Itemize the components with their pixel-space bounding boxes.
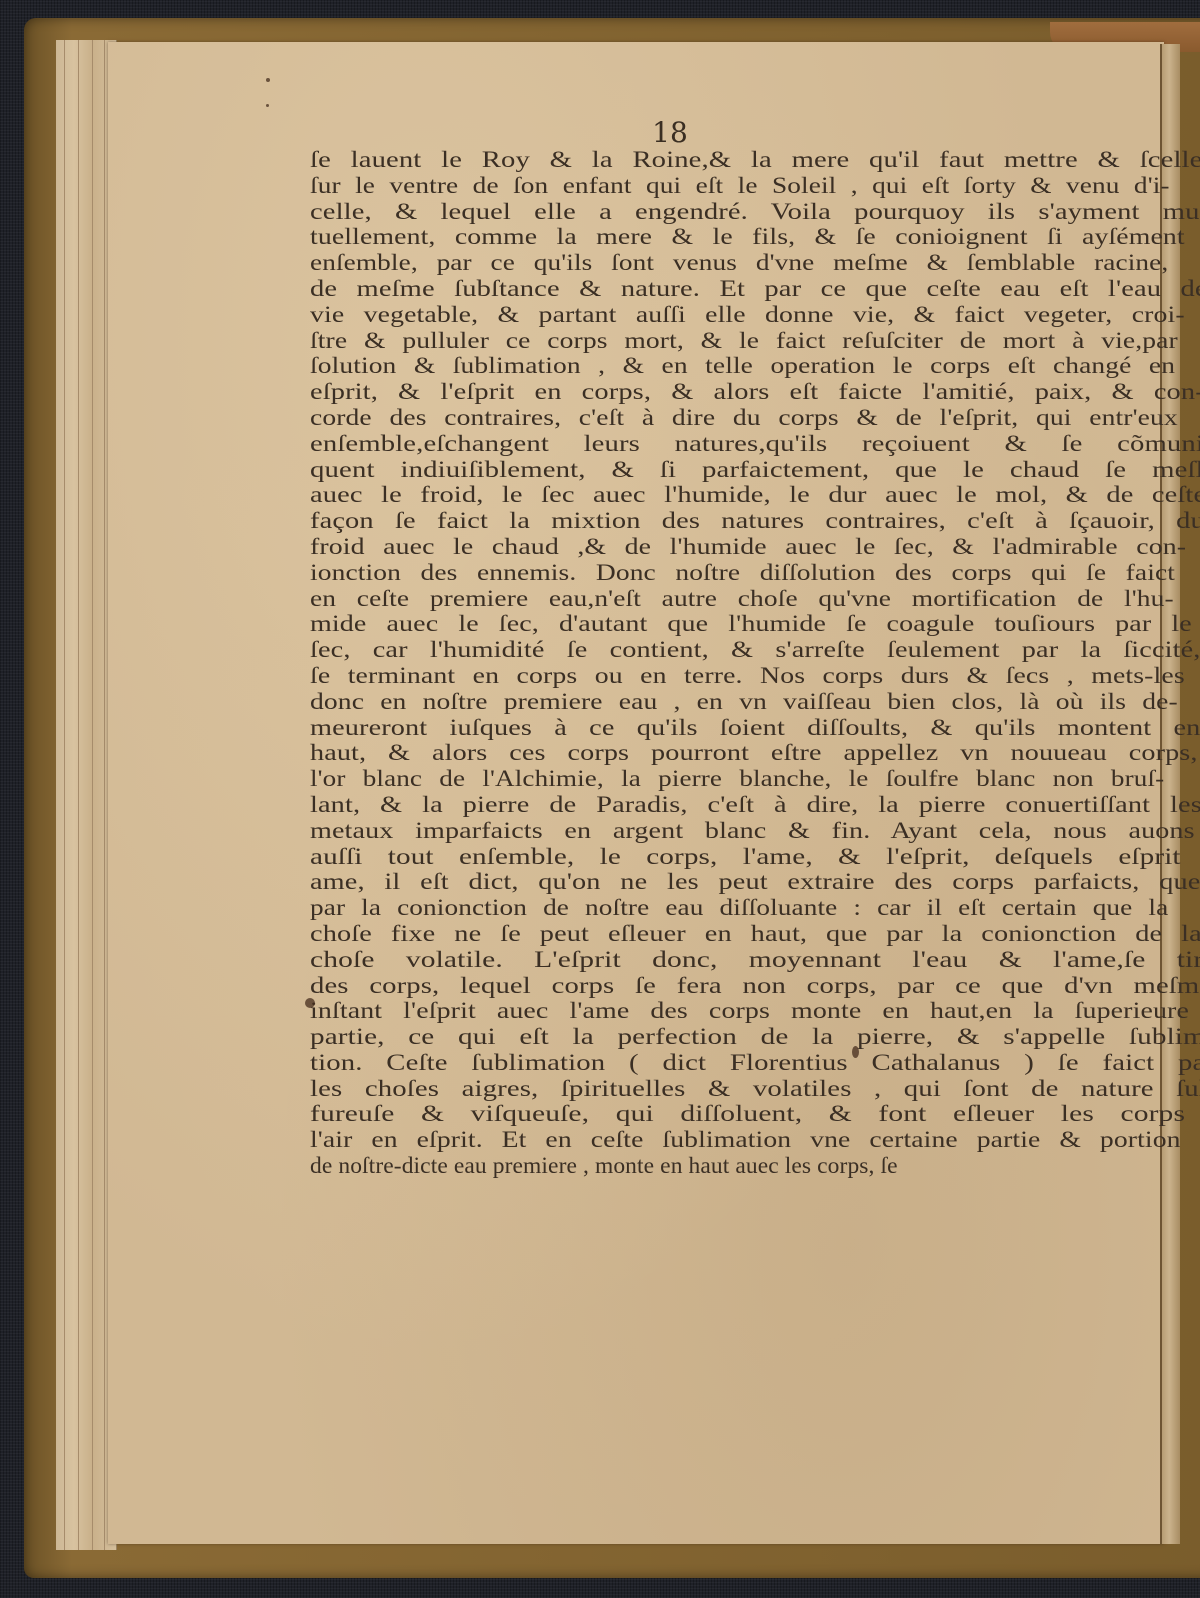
text-line: de noſtre-dicte eau premiere , monte en …: [310, 1154, 1050, 1180]
body-text: ſe lauent le Roy & la Roine,& la mere qu…: [310, 148, 1050, 1180]
text-line: ſe lauent le Roy & la Roine,& la mere qu…: [310, 148, 1200, 174]
text-line: froid auec le chaud ,& de l'humide auec …: [310, 535, 1186, 561]
text-line: ame, il eſt dict, qu'on ne les peut extr…: [310, 870, 1200, 896]
text-line: corde des contraires, c'eſt à dire du co…: [310, 406, 1178, 432]
text-line: tuellement, comme la mere & le fils, & ſ…: [310, 225, 1185, 251]
text-line: auec le froid, le ſec auec l'humide, le …: [310, 483, 1200, 509]
text-line: par la conionction de noſtre eau diſſolu…: [310, 896, 1168, 922]
text-line: en ceſte premiere eau,n'eſt autre choſe …: [310, 587, 1174, 613]
text-line: de meſme ſubſtance & nature. Et par ce q…: [310, 277, 1200, 303]
text-line: mide auec le ſec, d'autant que l'humide …: [310, 612, 1192, 638]
text-line: l'or blanc de l'Alchimie, la pierre blan…: [310, 767, 1164, 793]
text-line: lant, & la pierre de Paradis, c'eſt à di…: [310, 793, 1200, 819]
text-line: enſemble,eſchangent leurs natures,qu'ils…: [310, 432, 1200, 458]
text-line: ionction des ennemis. Donc noſtre diſſol…: [310, 561, 1175, 587]
page-edge-line: [64, 40, 65, 1550]
ink-stain: [305, 998, 315, 1008]
text-line: vie vegetable, & partant auſſi elle donn…: [310, 303, 1185, 329]
text-line: façon ſe faict la mixtion des natures co…: [310, 509, 1200, 535]
text-line: celle, & lequel elle a engendré. Voila p…: [310, 200, 1200, 226]
text-line: des corps, lequel corps ſe fera non corp…: [310, 974, 1200, 1000]
text-line: l'air en eſprit. Et en ceſte ſublimation…: [310, 1128, 1181, 1154]
text-line: fureuſe & viſqueuſe, qui diſſoluent, & f…: [310, 1102, 1200, 1128]
text-line: eſprit, & l'eſprit en corps, & alors eſt…: [310, 380, 1200, 406]
text-line: haut, & alors ces corps pourront eſtre a…: [310, 741, 1198, 767]
text-line: enſemble, par ce qu'ils ſont venus d'vne…: [310, 251, 1168, 277]
text-line: choſe volatile. L'eſprit donc, moyennant…: [310, 948, 1200, 974]
text-line: tion. Ceſte ſublimation ( dict Florentiu…: [310, 1051, 1200, 1077]
text-line: choſe fixe ne ſe peut eſleuer en haut, q…: [310, 922, 1200, 948]
text-line: metaux imparfaicts en argent blanc & fin…: [310, 819, 1195, 845]
text-line: ſur le ventre de ſon enfant qui eſt le S…: [310, 174, 1170, 200]
page-number: 18: [0, 116, 1200, 149]
text-line: donc en noſtre premiere eau , en vn vaiſ…: [310, 690, 1178, 716]
text-line: ſe terminant en corps ou en terre. Nos c…: [310, 664, 1185, 690]
ink-speck: [266, 104, 269, 107]
text-line: inſtant l'eſprit auec l'ame des corps mo…: [310, 999, 1189, 1025]
text-line: les choſes aigres, ſpirituelles & volati…: [310, 1077, 1200, 1103]
text-line: ſtre & pulluler ce corps mort, & le faic…: [310, 329, 1178, 355]
text-line: ſec, car l'humidité ſe contient, & s'arr…: [310, 638, 1200, 664]
text-line: quent indiuiſiblement, & ſi parfaictemen…: [310, 458, 1200, 484]
page-edge-line: [104, 40, 105, 1550]
ink-stain: [852, 1046, 859, 1058]
text-line: ſolution & ſublimation , & en telle oper…: [310, 354, 1175, 380]
text-line: partie, ce qui eſt la perfection de la p…: [310, 1025, 1200, 1051]
text-line: auſſi tout enſemble, le corps, l'ame, & …: [310, 845, 1200, 871]
text-line: meureront iuſques à ce qu'ils ſoient diſ…: [310, 716, 1200, 742]
page-edge-line: [92, 40, 93, 1550]
page-edge-line: [78, 40, 79, 1550]
ink-speck: [266, 78, 270, 82]
